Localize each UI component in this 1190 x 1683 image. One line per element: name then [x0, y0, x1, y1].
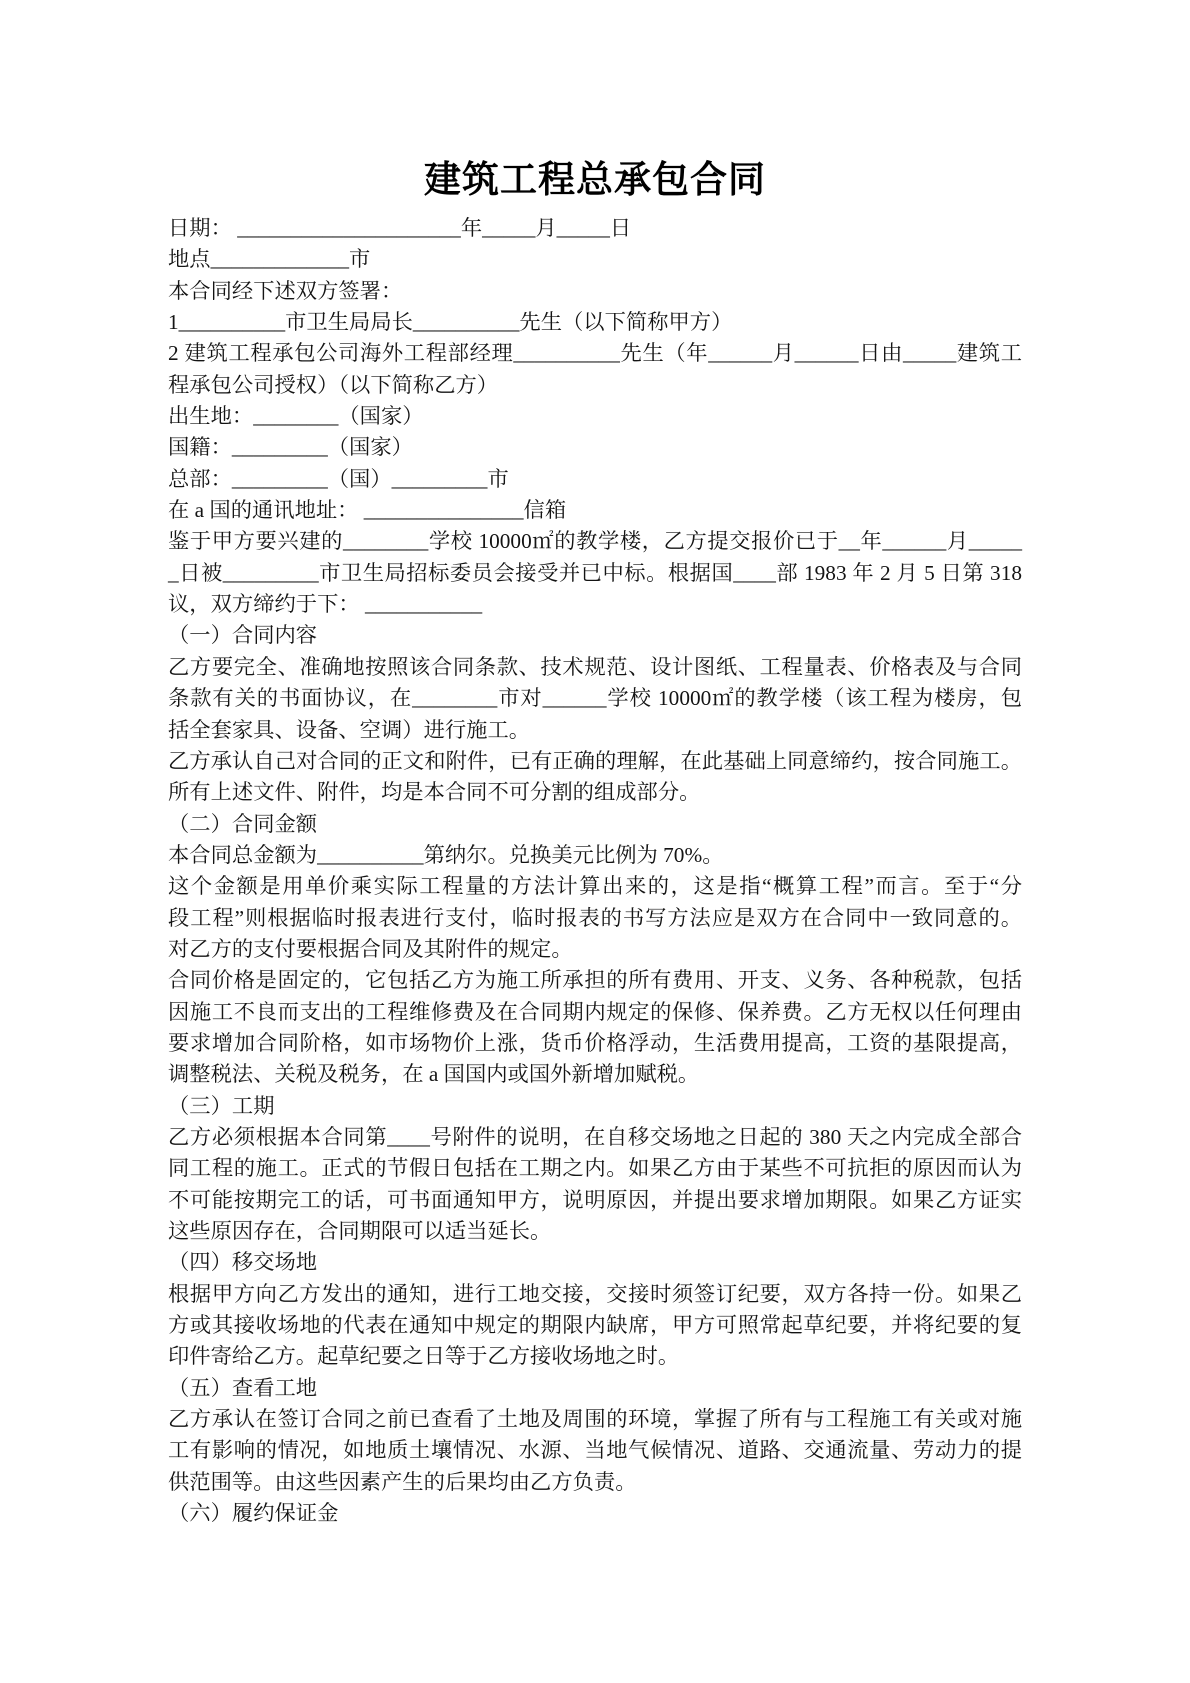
text-line: 合同价格是固定的，它包括乙方为施工所承担的所有费用、开支、义务、各种税款，包括: [168, 965, 1022, 996]
text-line: 乙方要完全、准确地按照该合同条款、技术规范、设计图纸、工程量表、价格表及与合同: [168, 652, 1022, 683]
text-line: 乙方承认在签订合同之前已查看了土地及周围的环境，掌握了所有与工程施工有关或对施: [168, 1404, 1022, 1435]
text-line: 根据甲方向乙方发出的通知，进行工地交接，交接时须签订纪要，双方各持一份。如果乙: [168, 1279, 1022, 1310]
text-line: 日期： _____________________年_____月_____日: [168, 213, 1022, 244]
document-body: 日期： _____________________年_____月_____日地点…: [168, 213, 1022, 1529]
text-line: 鉴于甲方要兴建的________学校 10000㎡的教学楼，乙方提交报价已于__…: [168, 526, 1022, 557]
document-title: 建筑工程总承包合同: [168, 158, 1022, 204]
text-line: 在 a 国的通讯地址： _______________信箱: [168, 495, 1022, 526]
text-line: 因施工不良而支出的工程维修费及在合同期内规定的保修、保养费。乙方无权以任何理由: [168, 997, 1022, 1028]
text-line: 供范围等。由这些因素产生的后果均由乙方负责。: [168, 1467, 1022, 1498]
text-line: 议，双方缔约于下： ___________: [168, 589, 1022, 620]
text-line: 要求增加合同阶格，如市场物价上涨，货币价格浮动，生活费用提高，工资的基限提高，: [168, 1028, 1022, 1059]
text-line: 1__________市卫生局局长__________先生（以下简称甲方）: [168, 307, 1022, 338]
text-line: 条款有关的书面协议，在________市对______学校 10000㎡的教学楼…: [168, 683, 1022, 714]
text-line: 同工程的施工。正式的节假日包括在工期之内。如果乙方由于某些不可抗拒的原因而认为: [168, 1153, 1022, 1184]
document-page: 建筑工程总承包合同 日期： _____________________年____…: [0, 0, 1190, 1683]
text-line: 所有上述文件、附件，均是本合同不可分割的组成部分。: [168, 777, 1022, 808]
text-line: （四）移交场地: [168, 1247, 1022, 1278]
text-line: 乙方承认自己对合同的正文和附件，已有正确的理解，在此基础上同意缔约，按合同施工。: [168, 746, 1022, 777]
text-line: （六）履约保证金: [168, 1498, 1022, 1529]
text-line: （三）工期: [168, 1091, 1022, 1122]
text-line: 对乙方的支付要根据合同及其附件的规定。: [168, 934, 1022, 965]
text-line: 印件寄给乙方。起草纪要之日等于乙方接收场地之时。: [168, 1341, 1022, 1372]
text-line: 乙方必须根据本合同第____号附件的说明，在自移交场地之日起的 380 天之内完…: [168, 1122, 1022, 1153]
text-line: 总部：_________（国）_________市: [168, 464, 1022, 495]
text-line: 不可能按期完工的话，可书面通知甲方，说明原因，并提出要求增加期限。如果乙方证实: [168, 1185, 1022, 1216]
text-line: 这些原因存在，合同期限可以适当延长。: [168, 1216, 1022, 1247]
text-line: 本合同经下述双方签署：: [168, 276, 1022, 307]
text-line: 地点_____________市: [168, 244, 1022, 275]
text-line: 国籍：_________（国家）: [168, 432, 1022, 463]
text-line: 方或其接收场地的代表在通知中规定的期限内缺席，甲方可照常起草纪要，并将纪要的复: [168, 1310, 1022, 1341]
text-line: （一）合同内容: [168, 620, 1022, 651]
text-line: 出生地：________（国家）: [168, 401, 1022, 432]
text-line: 调整税法、关税及税务，在 a 国国内或国外新增加赋税。: [168, 1059, 1022, 1090]
text-line: _日被_________市卫生局招标委员会接受并已中标。根据国____部 198…: [168, 558, 1022, 589]
text-line: 工有影响的情况，如地质土壤情况、水源、当地气候情况、道路、交通流量、劳动力的提: [168, 1435, 1022, 1466]
text-line: 本合同总金额为__________第纳尔。兑换美元比例为 70%。: [168, 840, 1022, 871]
text-line: （五）查看工地: [168, 1373, 1022, 1404]
text-line: （二）合同金额: [168, 809, 1022, 840]
text-line: 2 建筑工程承包公司海外工程部经理__________先生（年______月__…: [168, 338, 1022, 369]
text-line: 括全套家具、设备、空调）进行施工。: [168, 715, 1022, 746]
text-line: 程承包公司授权）（以下简称乙方）: [168, 370, 1022, 401]
text-line: 段工程”则根据临时报表进行支付，临时报表的书写方法应是双方在合同中一致同意的。: [168, 903, 1022, 934]
text-line: 这个金额是用单价乘实际工程量的方法计算出来的，这是指“概算工程”而言。至于“分: [168, 871, 1022, 902]
